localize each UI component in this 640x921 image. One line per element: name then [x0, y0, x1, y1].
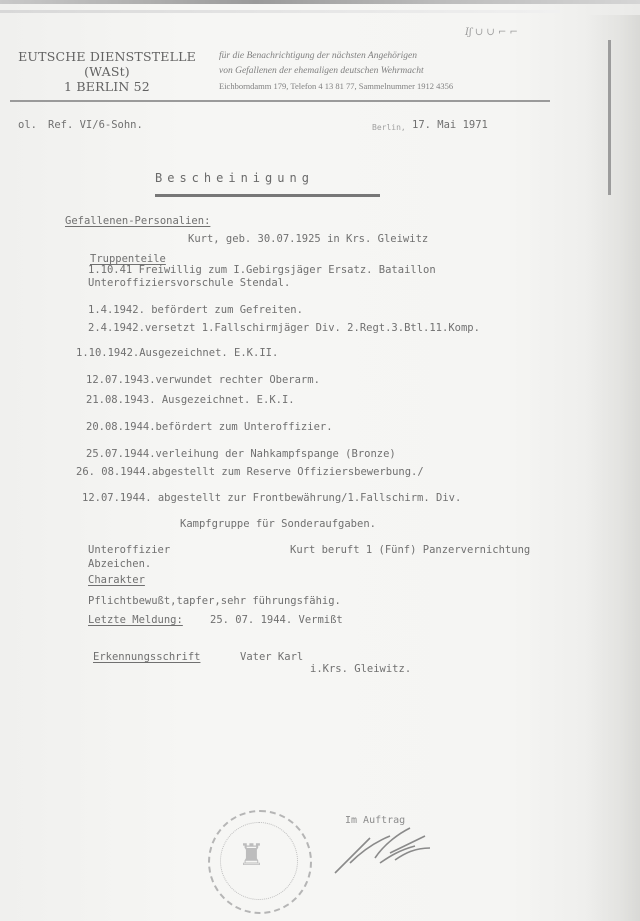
scan-edge-shadow [0, 10, 560, 13]
reference-number: Ref. VI/6-Sohn. [48, 119, 143, 131]
character-text: Pflichtbewußt,tapfer,sehr führungsfähig. [88, 595, 341, 607]
signature [330, 818, 440, 878]
entry: 1.10.41 Freiwillig zum I.Gebirgsjäger Er… [88, 264, 436, 276]
fold-line [608, 40, 611, 195]
entry: 25.07.1944.verleihung der Nahkampfspange… [86, 448, 396, 460]
org-desc-1: für die Benachrichtigung der nächsten An… [219, 49, 564, 64]
entry: 21.08.1943. Ausgezeichnet. E.K.I. [86, 394, 295, 406]
death-label: Letzte Meldung: [88, 614, 183, 626]
entry: 2.4.1942.versetzt 1.Fallschirmjäger Div.… [88, 322, 480, 334]
org-address: Eichborndamm 179, Telefon 4 13 81 77, Sa… [219, 79, 564, 94]
document-date: 17. Mai 1971 [412, 119, 488, 131]
rank-left: Unteroffizier [88, 544, 170, 556]
handwritten-mark: Iʃ ∪ ∪ ⌐ ⌐ [465, 27, 518, 38]
org-desc-2: von Gefallenen der ehemaligen deutschen … [219, 64, 564, 79]
character-heading: Charakter [88, 574, 145, 586]
relative-text-2: i.Krs. Gleiwitz. [310, 663, 411, 675]
reference-prefix: ol. [18, 119, 37, 131]
entry: 12.07.1944. abgestellt zur Frontbewährun… [82, 492, 461, 504]
subject-line: Kurt, geb. 30.07.1925 in Krs. Gleiwitz [188, 233, 428, 245]
rank-right: Kurt beruft 1 (Fünf) Panzervernichtung [290, 544, 530, 556]
entry: 26. 08.1944.abgestellt zum Reserve Offiz… [76, 466, 424, 478]
relative-label: Erkennungsschrift [93, 651, 200, 663]
letterhead-divider [10, 100, 550, 102]
entry: 1.10.1942.Ausgezeichnet. E.K.II. [76, 347, 278, 359]
subject-heading: Gefallenen-Personalien: [65, 215, 210, 227]
letterhead-description: für die Benachrichtigung der nächsten An… [219, 49, 564, 94]
entry: 12.07.1943.verwundet rechter Oberarm. [86, 374, 320, 386]
org-city: 1 BERLIN 52 [2, 79, 212, 94]
scan-edge-right [586, 15, 640, 921]
relative-text-1: Vater Karl [240, 651, 303, 663]
org-name: EUTSCHE DIENSTSTELLE [2, 49, 212, 64]
document-title: Bescheinigung [155, 171, 314, 185]
eagle-emblem-icon: ♜ [238, 838, 265, 873]
letterhead-organization: EUTSCHE DIENSTSTELLE (WASt) 1 BERLIN 52 [2, 49, 212, 94]
document-page: Iʃ ∪ ∪ ⌐ ⌐ EUTSCHE DIENSTSTELLE (WASt) 1… [0, 0, 640, 921]
official-seal: ♜ [208, 810, 312, 914]
death-text: 25. 07. 1944. Vermißt [210, 614, 343, 626]
date-place: Berlin, [372, 123, 406, 132]
entry: 20.08.1944.befördert zum Unteroffizier. [86, 421, 333, 433]
entry: 1.4.1942. befördert zum Gefreiten. [88, 304, 303, 316]
entry: Unteroffiziersvorschule Stendal. [88, 277, 290, 289]
scan-edge-top [0, 0, 640, 4]
org-abbrev: (WASt) [2, 64, 212, 79]
title-underline [155, 194, 380, 197]
rank-continued: Abzeichen. [88, 558, 151, 570]
group-line: Kampfgruppe für Sonderaufgaben. [180, 518, 376, 530]
